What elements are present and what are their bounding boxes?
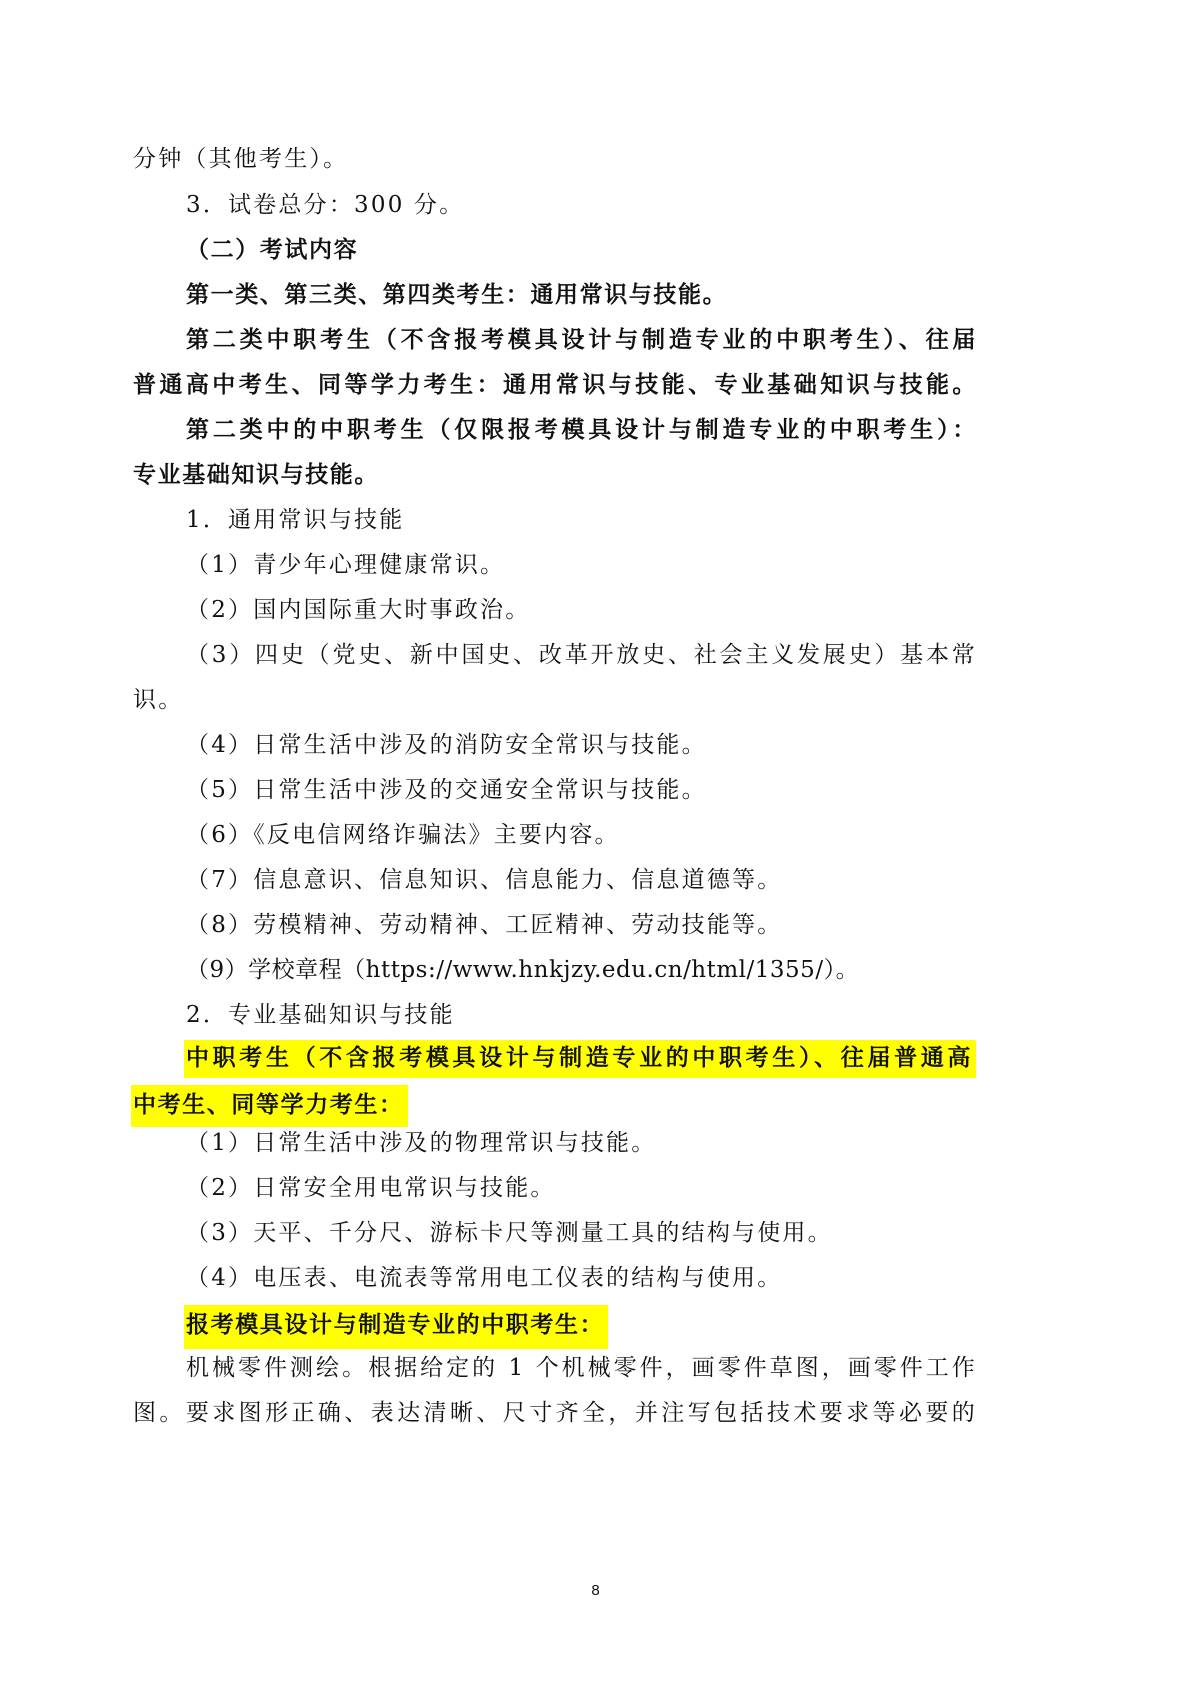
list-item: （4）日常生活中涉及的消防安全常识与技能。: [186, 730, 977, 760]
list-item: （6）《反电信网络诈骗法》主要内容。: [186, 820, 977, 850]
list-item: （2）日常安全用电常识与技能。: [186, 1173, 977, 1203]
list-item: （1）日常生活中涉及的物理常识与技能。: [186, 1128, 977, 1158]
text-line: 普通高中考生、同等学力考生：通用常识与技能、专业基础知识与技能。: [133, 370, 977, 400]
text-line: 3．试卷总分：300 分。: [186, 190, 977, 220]
text-line: 专业基础知识与技能。: [133, 460, 977, 490]
section-heading: （二）考试内容: [186, 235, 977, 265]
subsection-heading: 2．专业基础知识与技能: [186, 1000, 977, 1030]
text-line: 第一类、第三类、第四类考生：通用常识与技能。: [186, 280, 977, 310]
list-item: （1）青少年心理健康常识。: [186, 550, 977, 580]
text-line: 机械零件测绘。根据给定的 1 个机械零件，画零件草图，画零件工作: [186, 1353, 977, 1383]
document-page: 分钟（其他考生）。 3．试卷总分：300 分。 （二）考试内容 第一类、第三类、…: [0, 0, 1191, 1684]
text-line: 图。要求图形正确、表达清晰、尺寸齐全，并注写包括技术要求等必要的: [133, 1398, 977, 1428]
list-item: （3）四史（党史、新中国史、改革开放史、社会主义发展史）基本常: [186, 640, 977, 670]
highlighted-line: 中考生、同等学力考生：: [133, 1085, 977, 1127]
text-line: 第二类中职考生（不含报考模具设计与制造专业的中职考生）、往届: [186, 325, 977, 355]
text-line: 第二类中的中职考生（仅限报考模具设计与制造专业的中职考生）：: [186, 415, 977, 445]
list-item: （3）天平、千分尺、游标卡尺等测量工具的结构与使用。: [186, 1218, 977, 1248]
highlighted-text: 中职考生（不含报考模具设计与制造专业的中职考生）、往届普通高: [184, 1040, 976, 1078]
list-item: （4）电压表、电流表等常用电工仪表的结构与使用。: [186, 1263, 977, 1293]
text-line: 分钟（其他考生）。: [133, 144, 977, 174]
highlighted-line: 报考模具设计与制造专业的中职考生：: [186, 1305, 977, 1349]
highlighted-text: 报考模具设计与制造专业的中职考生：: [184, 1305, 608, 1349]
highlighted-line: 中职考生（不含报考模具设计与制造专业的中职考生）、往届普通高: [186, 1040, 976, 1078]
subsection-heading: 1．通用常识与技能: [186, 505, 977, 535]
list-item: （7）信息意识、信息知识、信息能力、信息道德等。: [186, 865, 977, 895]
text-line: 识。: [133, 685, 977, 715]
list-item: （8）劳模精神、劳动精神、工匠精神、劳动技能等。: [186, 910, 977, 940]
highlighted-text: 中考生、同等学力考生：: [131, 1085, 408, 1127]
list-item: （9）学校章程（https://www.hnkjzy.edu.cn/html/1…: [186, 955, 977, 985]
list-item: （2）国内国际重大时事政治。: [186, 595, 977, 625]
list-item: （5）日常生活中涉及的交通安全常识与技能。: [186, 775, 977, 805]
page-number: 8: [0, 1582, 1191, 1599]
